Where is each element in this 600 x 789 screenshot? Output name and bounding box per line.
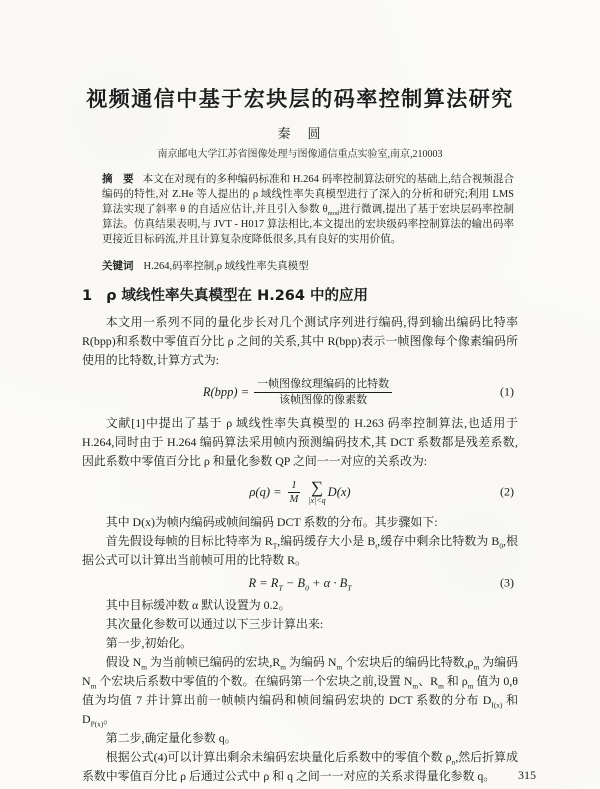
paragraph-4: 首先假设每帧的目标比特率为 RT,编码缓存大小是 Bt,缓存中剩余比特数为 B0… <box>82 532 518 570</box>
section-number: 1 <box>82 288 92 304</box>
paragraph-8: 假设 Nm 为当前帧已编码的宏块,Rm 为编码 Nm 个宏块后的编码比特数,ρm… <box>82 653 518 729</box>
paragraph-2: 文献[1]中提出了基于 ρ 域线性率失真模型的 H.263 码率控制算法,也适用… <box>82 414 518 471</box>
fraction-denominator: M <box>287 493 302 505</box>
abstract-text: 本文在对现有的多种编码标准和 H.264 码率控制算法研究的基础上,结合视频混合… <box>102 174 514 245</box>
sigma-symbol: ∑ <box>311 479 323 496</box>
keywords-line: 关键词H.264,码率控制,ρ 域线性率失真模型 <box>102 259 518 274</box>
page-number: 315 <box>518 768 536 783</box>
fraction-numerator: 一帧图像纹理编码的比特数 <box>254 378 392 393</box>
fraction-denominator: 该帧图像的像素数 <box>276 393 370 407</box>
fraction-numerator: 1 <box>288 480 299 493</box>
formula-2-fraction: 1 M <box>287 480 302 505</box>
paragraph-1: 本文用一系列不同的量化步长对几个测试序列进行编码,得到输出编码比特率 R(bpp… <box>82 313 518 370</box>
keywords-label: 关键词 <box>102 260 134 272</box>
equation-number-2: (2) <box>500 485 514 500</box>
formula-1-lhs: R(bpp) = <box>203 385 249 400</box>
section-title: ρ 域线性率失真模型在 H.264 中的应用 <box>106 288 368 304</box>
author-name: 秦 圆 <box>82 125 518 143</box>
paragraph-7: 第一步,初始化。 <box>82 634 518 653</box>
paragraph-9: 第二步,确定量化参数 q。 <box>82 729 518 748</box>
formula-1: R(bpp) = 一帧图像纹理编码的比特数 该帧图像的像素数 (1) <box>82 375 518 409</box>
formula-1-fraction: 一帧图像纹理编码的比特数 该帧图像的像素数 <box>254 378 392 407</box>
paragraph-5: 其中目标缓冲数 α 默认设置为 0.2。 <box>82 596 518 615</box>
equation-number-1: (1) <box>500 385 514 400</box>
scanned-paper-page: 视频通信中基于宏块层的码率控制算法研究 秦 圆 南京邮电大学江苏省图像处理与图像… <box>0 0 600 789</box>
author-affiliation: 南京邮电大学江苏省图像处理与图像通信重点实验室,南京,210003 <box>82 148 518 162</box>
equation-number-3: (3) <box>500 576 514 591</box>
abstract-label: 摘 要 <box>102 173 134 185</box>
paragraph-3: 其中 D(x)为帧内编码或帧间编码 DCT 系数的分布。其步骤如下: <box>82 513 518 532</box>
sigma-operator: ∑ |x|<q <box>308 479 325 505</box>
formula-2-rhs: D(x) <box>328 485 351 500</box>
formula-2-lhs: ρ(q) = <box>249 485 281 500</box>
abstract-paragraph: 摘 要本文在对现有的多种编码标准和 H.264 码率控制算法研究的基础上,结合视… <box>102 172 518 247</box>
formula-3: R = RT − B0 + α · BT (3) <box>82 573 518 593</box>
sigma-subscript: |x|<q <box>308 496 325 505</box>
paragraph-6: 其次量化参数可以通过以下三步计算出来: <box>82 615 518 634</box>
keywords-text: H.264,码率控制,ρ 域线性率失真模型 <box>144 261 309 272</box>
paper-title: 视频通信中基于宏块层的码率控制算法研究 <box>82 85 518 113</box>
paragraph-10: 根据公式(4)可以计算出剩余未编码宏块量化后系数中的零值个数 ρn,然后折算成系… <box>82 748 518 786</box>
section-1-heading: 1ρ 域线性率失真模型在 H.264 中的应用 <box>82 286 518 307</box>
formula-2: ρ(q) = 1 M ∑ |x|<q D(x) (2) <box>82 474 518 510</box>
formula-3-expression: R = RT − B0 + α · BT <box>248 576 351 591</box>
